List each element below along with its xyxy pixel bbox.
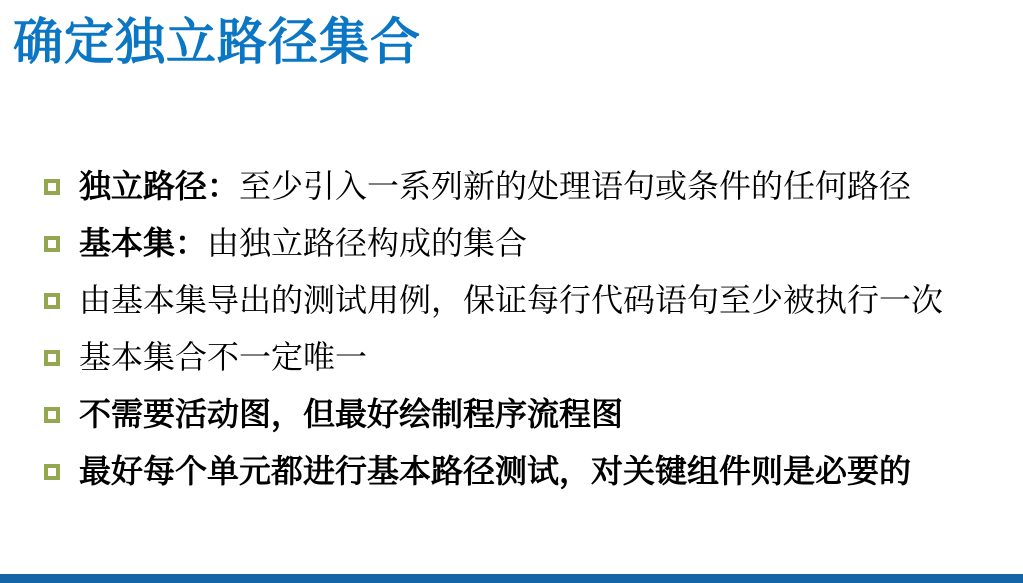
bullet-square-icon <box>44 350 60 366</box>
bullet-text: 基本集合不一定唯一 <box>79 337 367 377</box>
bullet-text: 由基本集导出的测试用例，保证每行代码语句至少被执行一次 <box>79 280 943 320</box>
list-item: 基本集：由独立路径构成的集合 <box>44 223 1007 263</box>
bullet-rest-text: 由独立路径构成的集合 <box>207 225 527 261</box>
bullet-rest-text: 由基本集导出的测试用例，保证每行代码语句至少被执行一次 <box>79 282 943 318</box>
slide: 确定独立路径集合 独立路径：至少引入一系列新的处理语句或条件的任何路径 基本集：… <box>0 0 1023 583</box>
bullet-rest-text: 最好每个单元都进行基本路径测试，对关键组件则是必要的 <box>79 453 911 489</box>
bullet-lead-text: 基本集： <box>79 225 207 261</box>
list-item: 最好每个单元都进行基本路径测试，对关键组件则是必要的 <box>44 451 1007 491</box>
bullet-square-icon <box>44 464 60 480</box>
list-item: 不需要活动图，但最好绘制程序流程图 <box>44 394 1007 434</box>
bullet-text: 基本集：由独立路径构成的集合 <box>79 223 527 263</box>
bullet-rest-text: 至少引入一系列新的处理语句或条件的任何路径 <box>239 168 911 204</box>
bullet-list: 独立路径：至少引入一系列新的处理语句或条件的任何路径 基本集：由独立路径构成的集… <box>44 166 1007 508</box>
bullet-rest-text: 不需要活动图，但最好绘制程序流程图 <box>79 396 623 432</box>
bullet-text: 不需要活动图，但最好绘制程序流程图 <box>79 394 623 434</box>
bullet-square-icon <box>44 293 60 309</box>
bullet-text: 独立路径：至少引入一系列新的处理语句或条件的任何路径 <box>79 166 911 206</box>
bullet-square-icon <box>44 179 60 195</box>
bullet-text: 最好每个单元都进行基本路径测试，对关键组件则是必要的 <box>79 451 911 491</box>
footer-accent-bar <box>0 574 1023 583</box>
bullet-lead-text: 独立路径： <box>79 168 239 204</box>
slide-title: 确定独立路径集合 <box>13 2 421 74</box>
list-item: 基本集合不一定唯一 <box>44 337 1007 377</box>
bullet-rest-text: 基本集合不一定唯一 <box>79 339 367 375</box>
bullet-square-icon <box>44 236 60 252</box>
bullet-square-icon <box>44 407 60 423</box>
list-item: 独立路径：至少引入一系列新的处理语句或条件的任何路径 <box>44 166 1007 206</box>
list-item: 由基本集导出的测试用例，保证每行代码语句至少被执行一次 <box>44 280 1007 320</box>
